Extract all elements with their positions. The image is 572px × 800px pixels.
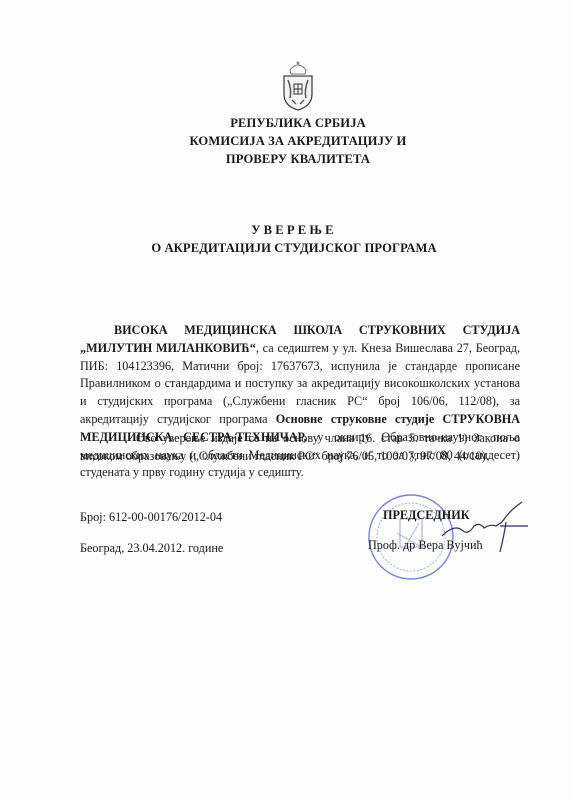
document-subtitle: О АКРЕДИТАЦИЈИ СТУДИЈСКОГ ПРОГРАМА (8, 241, 572, 256)
legal-basis-text: Ово уверење издаје се на основу члана 16… (80, 431, 520, 463)
place-date: Београд, 23.04.2012. године (80, 541, 223, 556)
header-quality: ПРОВЕРУ КВАЛИТЕТА (12, 152, 572, 167)
header-commission: КОМИСИЈА ЗА АКРЕДИТАЦИЈУ И (12, 134, 572, 149)
coat-of-arms-icon (278, 60, 318, 112)
header-republic: РЕПУБЛИКА СРБИЈА (12, 116, 572, 131)
signature-icon (440, 496, 530, 556)
document-title: УВЕРЕЊЕ (8, 223, 572, 238)
document-number: Број: 612-00-00176/2012-04 (80, 510, 222, 525)
body-paragraph-2: Ово уверење издаје се на основу члана 16… (80, 430, 520, 466)
